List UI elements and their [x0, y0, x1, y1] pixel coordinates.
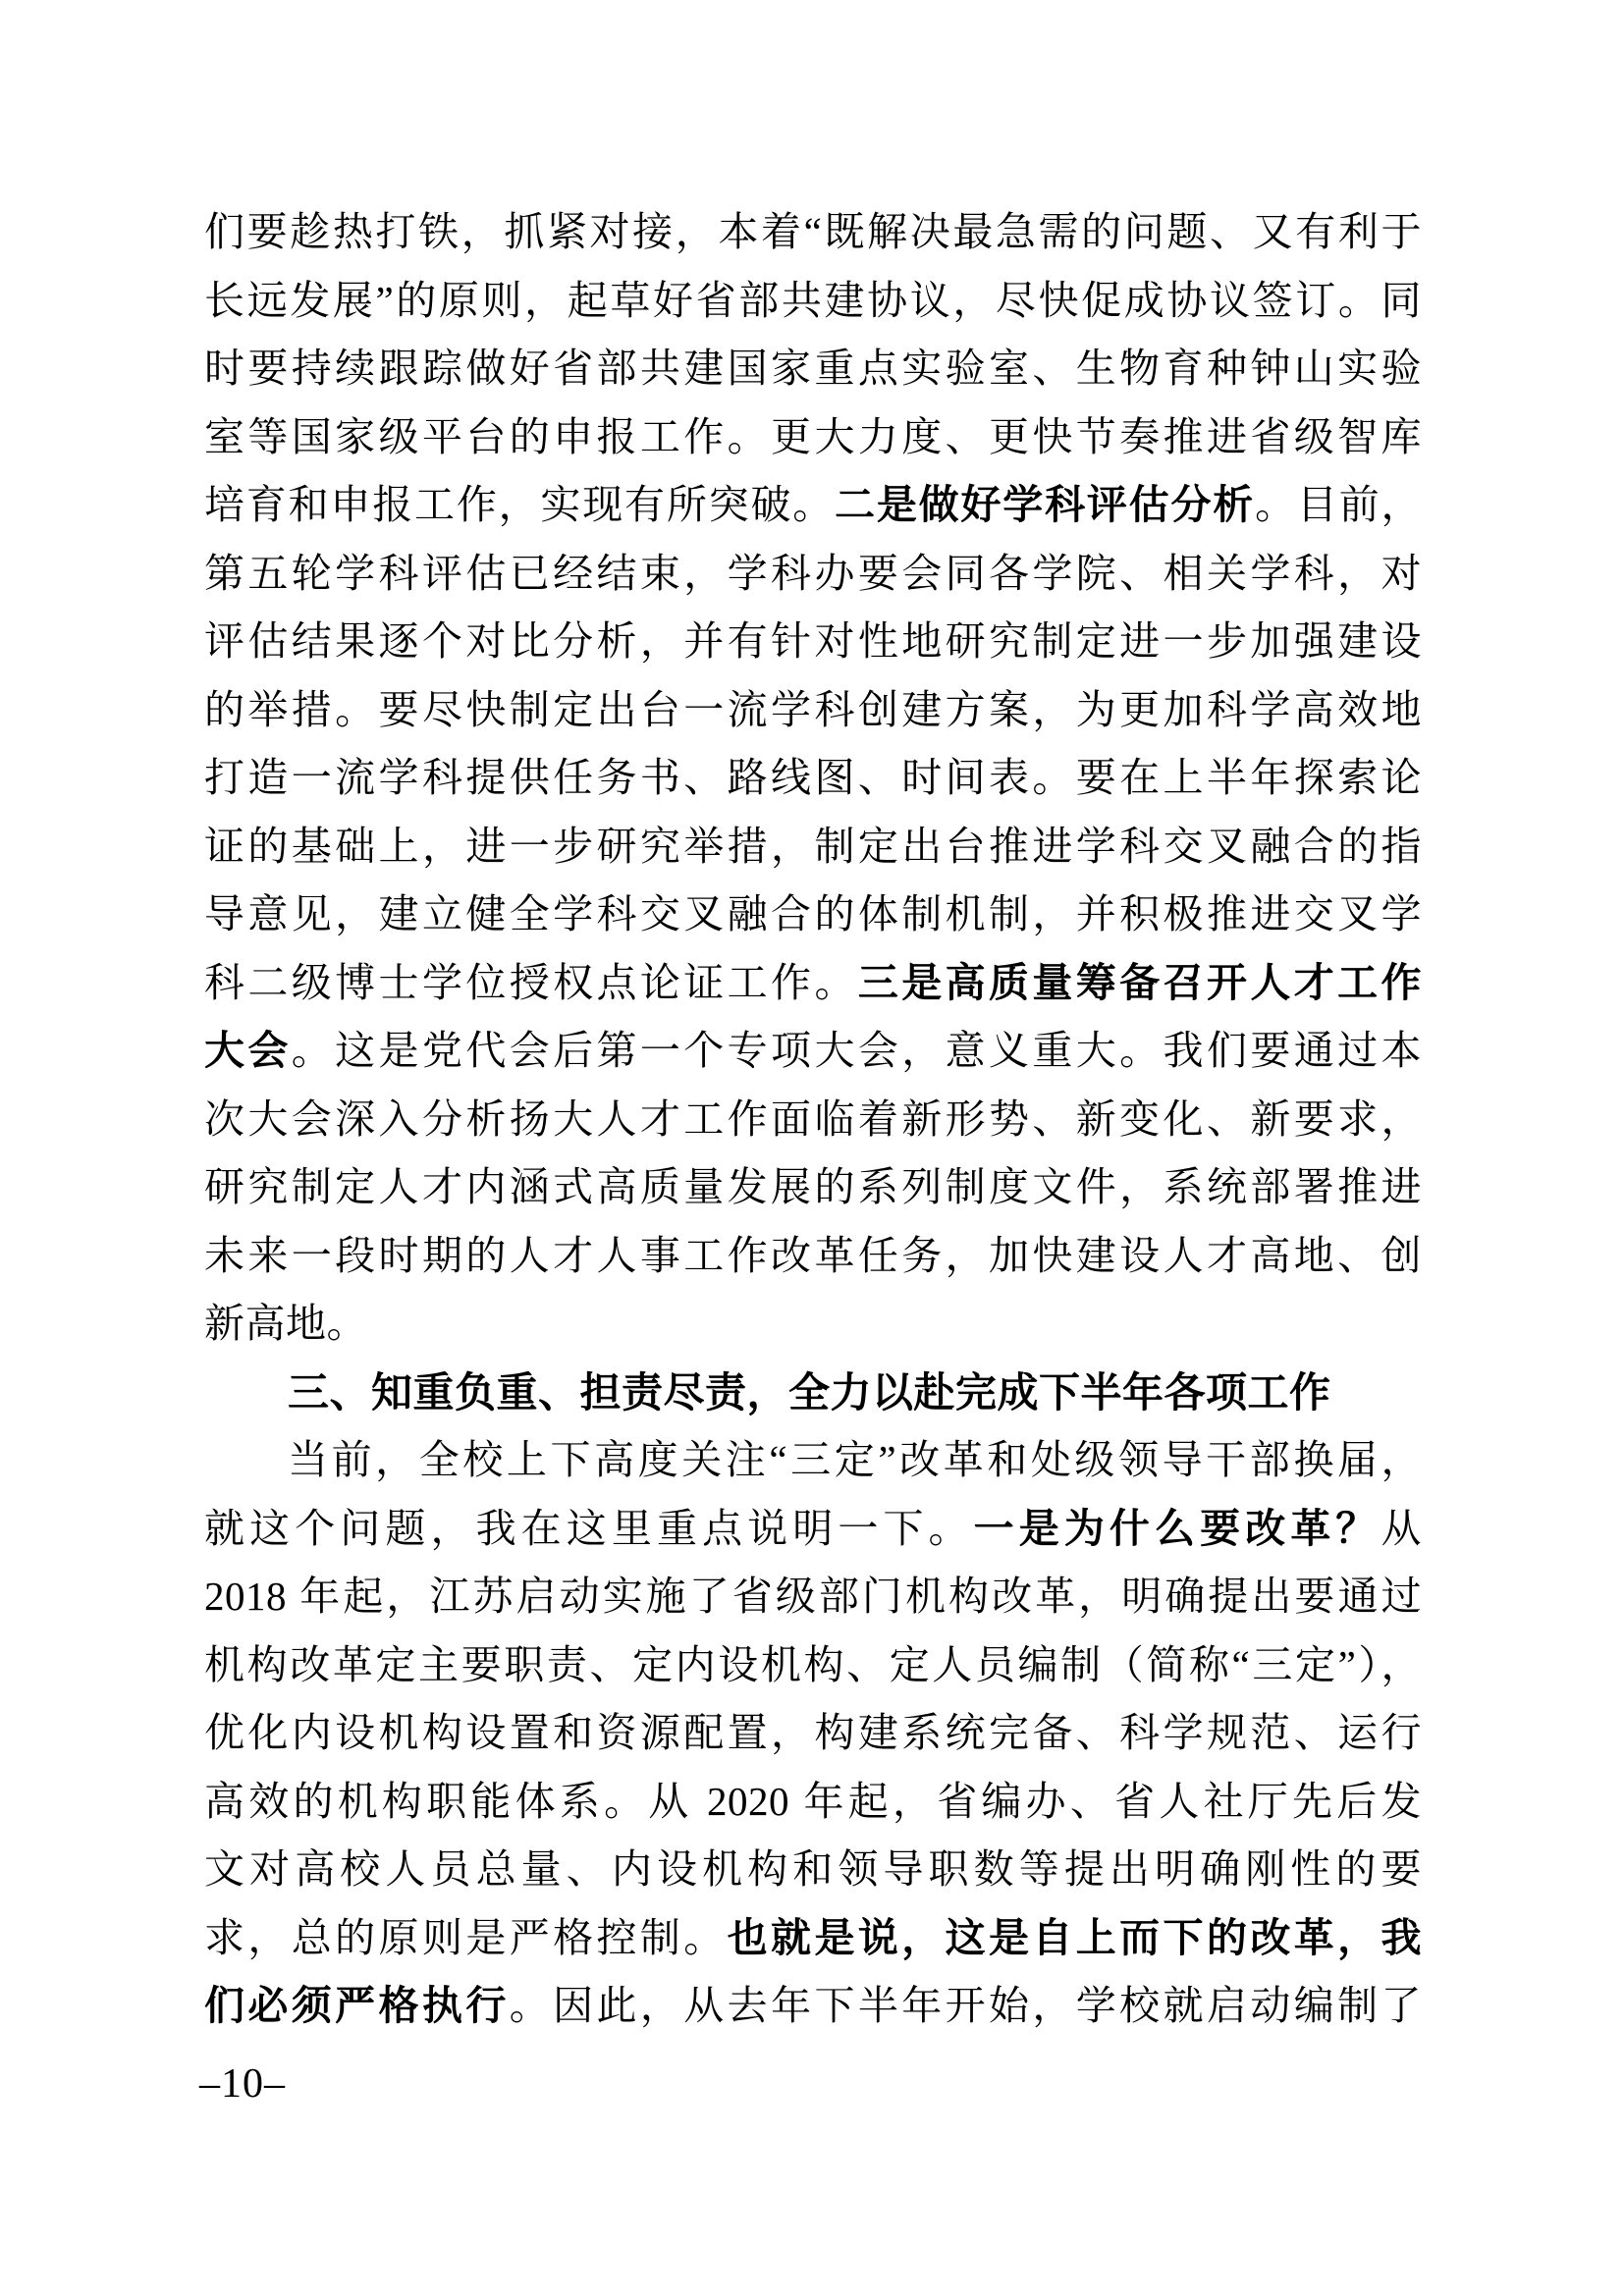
text-line: 求，总的原则是严格控制。也就是说，这是自上而下的改革，我	[204, 1904, 1422, 1973]
text-run: 时要持续跟踪做好省部共建国家重点实验室、生物育种钟山实验	[204, 346, 1422, 391]
document-page: 们要趁热打铁，抓紧对接，本着“既解决最急需的问题、又有利于长远发展”的原则，起草…	[0, 0, 1624, 2296]
text-run: 导意见，建立健全学科交叉融合的体制机制，并积极推进交叉学	[204, 891, 1422, 936]
text-run: 从	[1381, 1506, 1423, 1551]
text-line: 高效的机构职能体系。从 2020 年起，省编办、省人社厅先后发	[204, 1768, 1422, 1837]
text-run: 。目前，	[1255, 482, 1422, 527]
text-run: 评估结果逐个对比分析，并有针对性地研究制定进一步加强建设	[204, 618, 1422, 664]
bold-text-run: 大会	[204, 1028, 292, 1073]
text-line: 培育和申报工作，实现有所突破。二是做好学科评估分析。目前，	[204, 471, 1422, 540]
text-line: 打造一流学科提供任务书、路线图、时间表。要在上半年探索论	[204, 744, 1422, 813]
text-line: 文对高校人员总量、内设机构和领导职数等提出明确刚性的要	[204, 1836, 1422, 1904]
text-line: 第五轮学科评估已经结束，学科办要会同各学院、相关学科，对	[204, 540, 1422, 609]
text-run: 文对高校人员总量、内设机构和领导职数等提出明确刚性的要	[204, 1846, 1422, 1892]
text-line: 次大会深入分析扬大人才工作面临着新形势、新变化、新要求，	[204, 1086, 1422, 1154]
text-line: 2018 年起，江苏启动实施了省级部门机构改革，明确提出要通过	[204, 1563, 1422, 1631]
text-run: 们要趁热打铁，抓紧对接，本着“既解决最急需的问题、又有利于	[204, 209, 1422, 254]
text-run: 证的基础上，进一步研究举措，制定出台推进学科交叉融合的指	[204, 824, 1422, 869]
text-run: 长远发展”的原则，起草好省部共建协议，尽快促成协议签订。同	[204, 278, 1422, 323]
text-run: 2018 年起，江苏启动实施了省级部门机构改革，明确提出要通过	[204, 1574, 1422, 1619]
text-run: 当前，全校上下高度关注“三定”改革和处级领导干部换届，	[288, 1437, 1422, 1482]
text-run: 。因此，从去年下半年开始，学校就启动编制了	[510, 1983, 1422, 2028]
text-run: 室等国家级平台的申报工作。更大力度、更快节奏推进省级智库	[204, 414, 1422, 459]
text-run: 科二级博士学位授权点论证工作。	[204, 960, 858, 1005]
text-line: 就这个问题，我在这里重点说明一下。一是为什么要改革？从	[204, 1495, 1422, 1564]
text-line: 当前，全校上下高度关注“三定”改革和处级领导干部换届，	[204, 1426, 1422, 1495]
text-line: 优化内设机构设置和资源配置，构建系统完备、科学规范、运行	[204, 1699, 1422, 1768]
section-heading: 三、知重负重、担责尽责，全力以赴完成下半年各项工作	[204, 1359, 1422, 1427]
bold-text-run: 三、知重负重、担责尽责，全力以赴完成下半年各项工作	[288, 1369, 1331, 1415]
text-line: 导意见，建立健全学科交叉融合的体制机制，并积极推进交叉学	[204, 881, 1422, 949]
text-run: 优化内设机构设置和资源配置，构建系统完备、科学规范、运行	[204, 1710, 1422, 1755]
text-run: 新高地。	[204, 1301, 367, 1346]
bold-text-run: 们必须严格执行	[204, 1983, 510, 2028]
text-line: 们必须严格执行。因此，从去年下半年开始，学校就启动编制了	[204, 1972, 1422, 2041]
text-line: 的举措。要尽快制定出台一流学科创建方案，为更加科学高效地	[204, 676, 1422, 745]
text-run: 打造一流学科提供任务书、路线图、时间表。要在上半年探索论	[204, 755, 1422, 800]
text-line: 机构改革定主要职责、定内设机构、定人员编制（简称“三定”），	[204, 1631, 1422, 1700]
text-run: 求，总的原则是严格控制。	[204, 1915, 728, 1960]
text-line: 大会。这是党代会后第一个专项大会，意义重大。我们要通过本	[204, 1017, 1422, 1086]
text-run: 机构改革定主要职责、定内设机构、定人员编制（简称“三定”），	[204, 1642, 1422, 1687]
bold-text-run: 三是高质量筹备召开人才工作	[858, 960, 1422, 1005]
bold-text-run: 也就是说，这是自上而下的改革，我	[728, 1915, 1422, 1960]
text-run: 高效的机构职能体系。从 2020 年起，省编办、省人社厅先后发	[204, 1779, 1422, 1824]
text-line: 未来一段时期的人才人事工作改革任务，加快建设人才高地、创	[204, 1222, 1422, 1291]
text-run: 第五轮学科评估已经结束，学科办要会同各学院、相关学科，对	[204, 551, 1422, 596]
text-run: 就这个问题，我在这里重点说明一下。	[204, 1506, 974, 1551]
text-line: 评估结果逐个对比分析，并有针对性地研究制定进一步加强建设	[204, 608, 1422, 676]
text-run: 研究制定人才内涵式高质量发展的系列制度文件，系统部署推进	[204, 1164, 1422, 1209]
text-line: 长远发展”的原则，起草好省部共建协议，尽快促成协议签订。同	[204, 267, 1422, 336]
page-number: –10–	[199, 2059, 286, 2109]
text-line: 研究制定人才内涵式高质量发展的系列制度文件，系统部署推进	[204, 1153, 1422, 1222]
text-line: 时要持续跟踪做好省部共建国家重点实验室、生物育种钟山实验	[204, 335, 1422, 403]
text-run: 培育和申报工作，实现有所突破。	[204, 482, 835, 527]
bold-text-run: 二是做好学科评估分析	[835, 482, 1255, 527]
text-line: 室等国家级平台的申报工作。更大力度、更快节奏推进省级智库	[204, 403, 1422, 472]
text-run: 未来一段时期的人才人事工作改革任务，加快建设人才高地、创	[204, 1233, 1422, 1278]
text-line: 新高地。	[204, 1290, 1422, 1359]
text-line: 们要趁热打铁，抓紧对接，本着“既解决最急需的问题、又有利于	[204, 198, 1422, 267]
text-block: 们要趁热打铁，抓紧对接，本着“既解决最急需的问题、又有利于长远发展”的原则，起草…	[204, 198, 1422, 2041]
bold-text-run: 一是为什么要改革？	[974, 1506, 1381, 1551]
text-run: 的举措。要尽快制定出台一流学科创建方案，为更加科学高效地	[204, 687, 1422, 732]
text-line: 证的基础上，进一步研究举措，制定出台推进学科交叉融合的指	[204, 813, 1422, 881]
text-line: 科二级博士学位授权点论证工作。三是高质量筹备召开人才工作	[204, 949, 1422, 1018]
text-run: 。这是党代会后第一个专项大会，意义重大。我们要通过本	[292, 1028, 1422, 1073]
text-run: 次大会深入分析扬大人才工作面临着新形势、新变化、新要求，	[204, 1096, 1422, 1142]
